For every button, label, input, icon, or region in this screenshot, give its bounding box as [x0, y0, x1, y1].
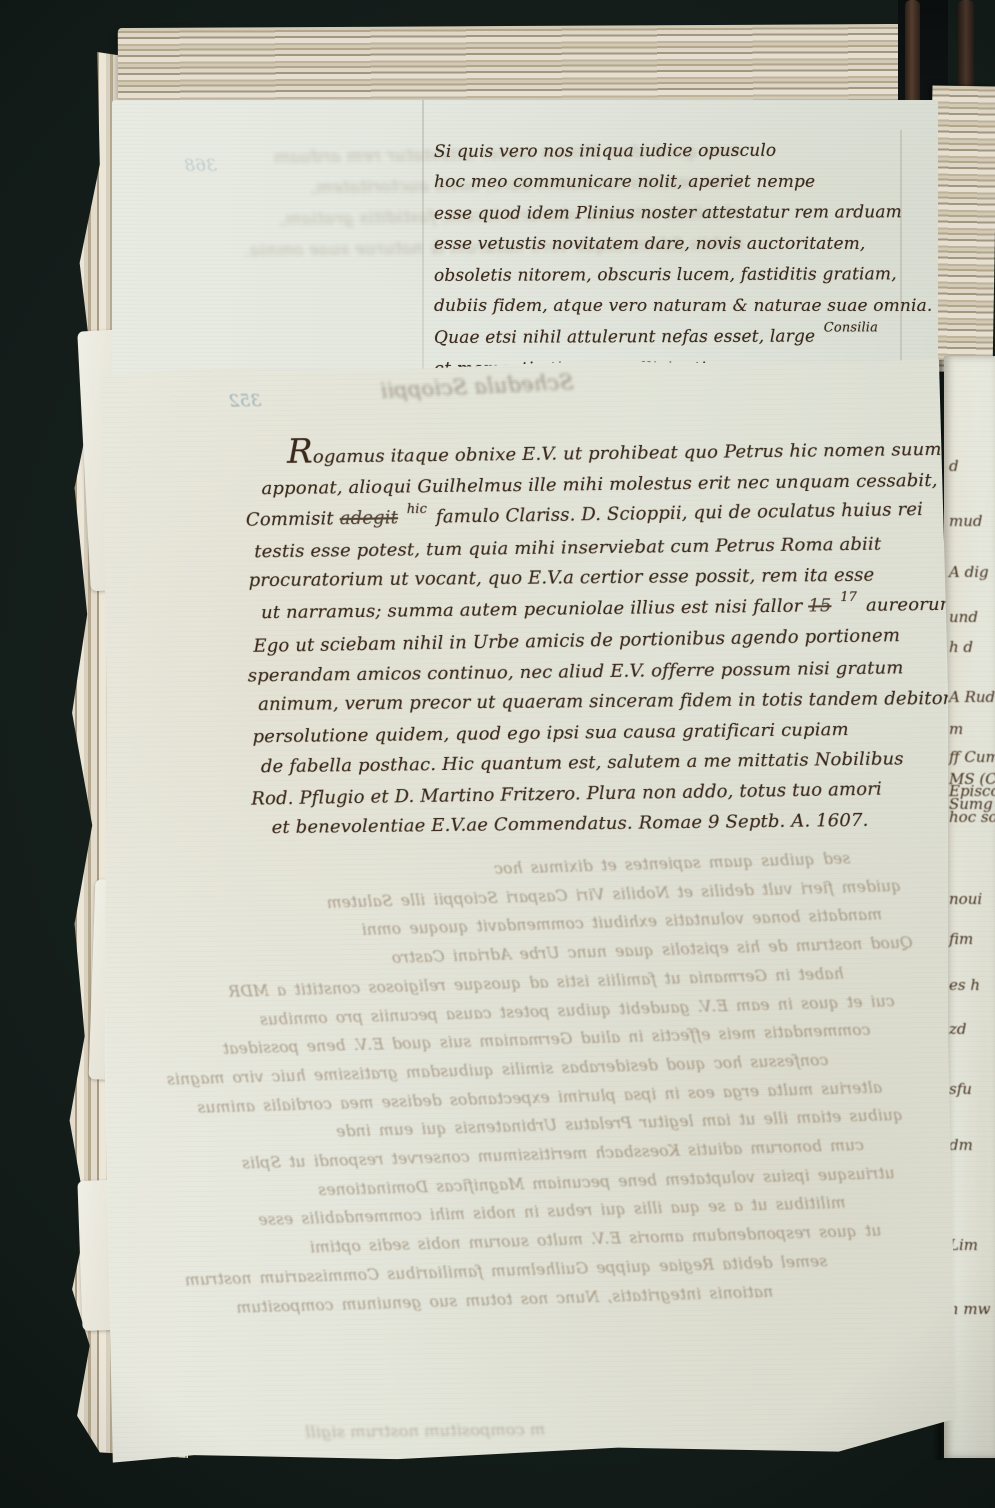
manuscript-line: hoc meo communicare nolit, aperiet nempe	[434, 167, 934, 198]
letter-line-text: famulo Clariss. D. Scioppii, qui de ocul…	[436, 499, 923, 528]
marginal-fragment: noui	[949, 890, 982, 908]
marginal-fragment: zd	[949, 1020, 967, 1038]
manuscript-line: Quae etsi nihil attulerunt nefas esset, …	[434, 321, 934, 355]
bleedthrough-mirrored-text: sed quibus quam sapientes et diximus hoc…	[140, 843, 923, 1325]
marginal-fragment: mud	[949, 512, 983, 530]
letter-line-text: Commisit	[246, 508, 334, 530]
manuscript-photo: 368 esse quod idem Plinius noster attest…	[0, 0, 995, 1508]
marginal-fragment: und	[949, 608, 978, 626]
letter-line-text: ut narramus; summa autem pecuniolae illi…	[261, 595, 803, 623]
manuscript-line: obsoletis nitorem, obscuris lucem, fasti…	[434, 259, 934, 292]
marginal-fragment: hoc sol	[949, 808, 995, 826]
manuscript-line: dubiis fidem, atque vero naturam & natur…	[434, 291, 934, 322]
marginal-fragment: m	[949, 720, 963, 738]
marginal-fragment: h mw	[949, 1300, 991, 1318]
marginal-fragment: A Rud	[949, 688, 995, 706]
marginal-fragment: A dig	[949, 563, 989, 581]
interlinear-insertion: hic	[407, 502, 427, 517]
bottom-edge-smudge: m compositum nostrum sigill	[165, 1420, 545, 1444]
main-letter-page: 352 Schedula Scioppii Rogamus itaque obn…	[96, 357, 957, 1467]
interlinear-insertion: 17	[840, 589, 857, 604]
heading-ghost-smudge: Schedula Scioppii	[380, 370, 574, 403]
manuscript-line: esse quod idem Plinius noster attestatur…	[434, 197, 934, 230]
marginal-fragment: dm	[949, 1136, 973, 1154]
marginal-fragment: h d	[949, 638, 973, 656]
older-letter-text: Si quis vero nos iniqua iudice opusculo …	[434, 136, 934, 385]
marginal-fragment: fim	[949, 930, 973, 948]
manuscript-line-text: Quae etsi nihil attulerunt nefas esset, …	[434, 327, 815, 348]
interlinear-insertion: Consilia	[824, 320, 878, 335]
manuscript-line: esse vetustis novitatem dare, novis auct…	[434, 229, 934, 260]
marginal-fragment: Lim	[949, 1236, 978, 1254]
marginal-fragment: es h	[949, 976, 980, 994]
letter-text-block: Rogamus itaque obnixe E.V. ut prohibeat …	[245, 429, 950, 844]
deleted-word: adegit	[340, 507, 399, 529]
letter-line: animum, verum precor ut quaeram sinceram…	[258, 684, 948, 721]
marginal-fragment: ff Cum	[949, 748, 995, 766]
deleted-number: 15	[808, 595, 831, 616]
marginal-fragment: sfu	[949, 1080, 972, 1098]
manuscript-line: Si quis vero nos iniqua iudice opusculo	[434, 135, 934, 168]
ghost-folio-number-main: 352	[228, 391, 261, 411]
marginal-fragment: d	[949, 457, 959, 475]
